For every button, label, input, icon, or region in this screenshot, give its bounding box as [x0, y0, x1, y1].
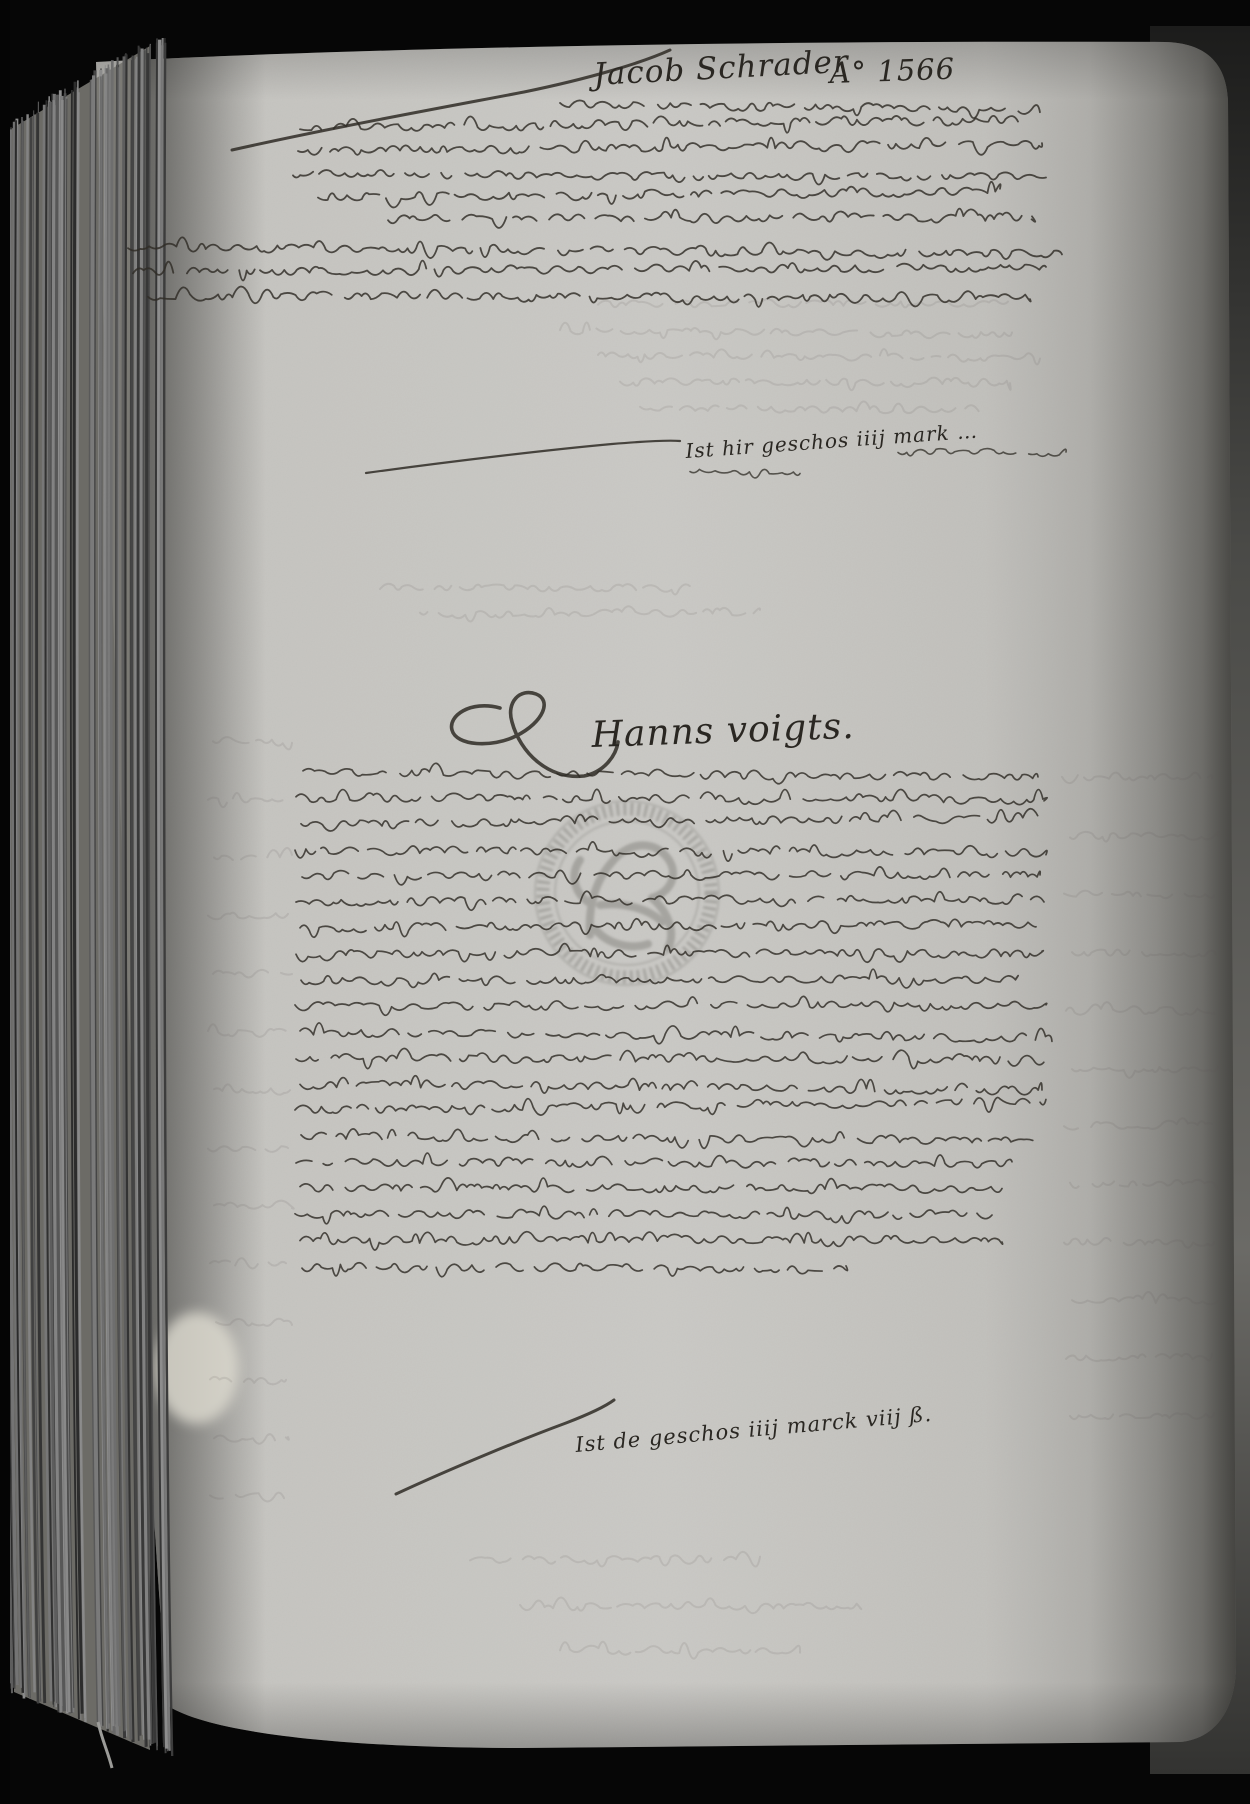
scan-root: Jacob Schrader A° 1566 Ist hir geschos i…	[0, 0, 1250, 1804]
spine-edge	[0, 0, 10, 1804]
entry1-year: A° 1566	[826, 52, 956, 90]
book-binding-page-edges	[3, 38, 172, 1756]
